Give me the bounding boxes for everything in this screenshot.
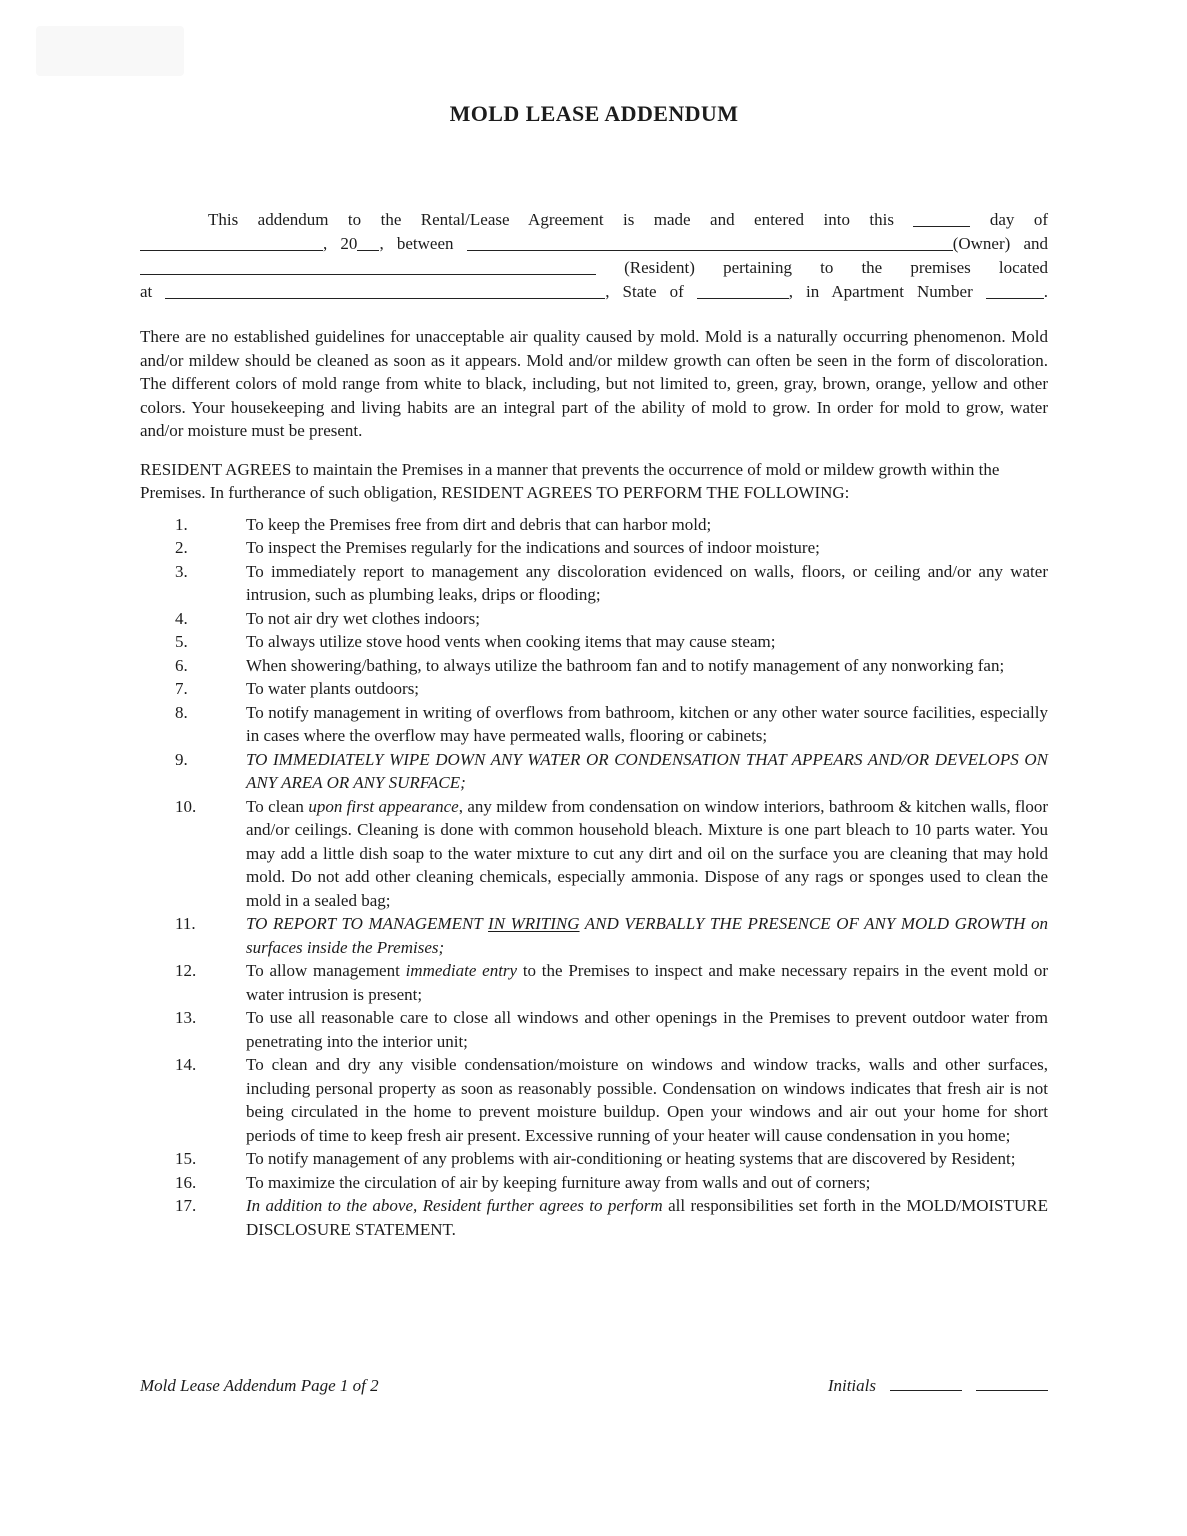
intro-line: This addendum to the Rental/Lease Agreem… — [140, 208, 1048, 232]
list-item-text: To clean upon first appearance, any mild… — [246, 795, 1048, 913]
list-item: 6. When showering/bathing, to always uti… — [140, 654, 1048, 678]
list-item-number: 17. — [175, 1194, 246, 1218]
text-segment: To immediately report to management any … — [246, 562, 1048, 605]
text-segment: , State of — [605, 282, 696, 301]
list-item: 1. To keep the Premises free from dirt a… — [140, 513, 1048, 537]
list-item: 16. To maximize the circulation of air b… — [140, 1171, 1048, 1195]
text-segment: To clean — [246, 797, 308, 816]
intro-line: , 20, between (Owner) and — [140, 232, 1048, 256]
list-item-text: When showering/bathing, to always utiliz… — [246, 654, 1048, 678]
list-item-number: 9. — [175, 748, 246, 772]
fill-in-blank — [913, 213, 970, 227]
text-segment: To allow management — [246, 961, 406, 980]
list-item-text: To notify management in writing of overf… — [246, 701, 1048, 748]
text-segment: , in Apartment Number — [789, 282, 986, 301]
list-item: 7. To water plants outdoors; — [140, 677, 1048, 701]
list-item-text: To not air dry wet clothes indoors; — [246, 607, 1048, 631]
list-item: 5. To always utilize stove hood vents wh… — [140, 630, 1048, 654]
list-item: 2. To inspect the Premises regularly for… — [140, 536, 1048, 560]
intro-line: at , State of , in Apartment Number . — [140, 280, 1048, 304]
list-item-number: 16. — [175, 1171, 246, 1195]
text-segment: (Owner) and — [953, 234, 1048, 253]
text-segment: , between — [379, 234, 466, 253]
guidelines-paragraph: There are no established guidelines for … — [140, 325, 1048, 443]
text-segment: day of — [970, 210, 1048, 229]
list-item-number: 12. — [175, 959, 246, 983]
list-item: 4. To not air dry wet clothes indoors; — [140, 607, 1048, 631]
text-segment: immediate entry — [406, 961, 518, 980]
list-item-text: To allow management immediate entry to t… — [246, 959, 1048, 1006]
list-item: 12. To allow management immediate entry … — [140, 959, 1048, 1006]
text-segment: In addition to the above, Resident furth… — [246, 1196, 663, 1215]
list-item: 8. To notify management in writing of ov… — [140, 701, 1048, 748]
text-segment: (Resident) pertaining to the premises lo… — [596, 258, 1048, 277]
list-item: 9. TO IMMEDIATELY WIPE DOWN ANY WATER OR… — [140, 748, 1048, 795]
list-item-text: TO IMMEDIATELY WIPE DOWN ANY WATER OR CO… — [246, 748, 1048, 795]
document-page: MOLD LEASE ADDENDUM This addendum to the… — [0, 0, 1187, 1536]
list-item-number: 6. — [175, 654, 246, 678]
list-item-number: 8. — [175, 701, 246, 725]
list-item-text: To immediately report to management any … — [246, 560, 1048, 607]
text-segment: To clean and dry any visible condensatio… — [246, 1055, 1048, 1145]
text-segment: , 20 — [323, 234, 357, 253]
list-item-text: To always utilize stove hood vents when … — [246, 630, 1048, 654]
text-segment: To use all reasonable care to close all … — [246, 1008, 1048, 1051]
list-item-text: To clean and dry any visible condensatio… — [246, 1053, 1048, 1147]
initials-blank-1 — [890, 1377, 962, 1391]
text-segment: upon first appearance — [308, 797, 458, 816]
list-item-text: In addition to the above, Resident furth… — [246, 1194, 1048, 1241]
list-item-text: TO REPORT TO MANAGEMENT IN WRITING AND V… — [246, 912, 1048, 959]
document-title: MOLD LEASE ADDENDUM — [140, 100, 1048, 128]
fill-in-blank — [140, 261, 596, 275]
text-segment: IN WRITING — [488, 914, 580, 933]
text-segment: TO REPORT TO MANAGEMENT — [246, 914, 488, 933]
list-item: 14. To clean and dry any visible condens… — [140, 1053, 1048, 1147]
fill-in-blank — [467, 237, 953, 251]
fill-in-blank — [697, 285, 789, 299]
list-item-number: 3. — [175, 560, 246, 584]
text-segment: To keep the Premises free from dirt and … — [246, 515, 711, 534]
list-item-number: 7. — [175, 677, 246, 701]
initials-label: Initials — [828, 1376, 876, 1396]
scan-smudge — [36, 26, 184, 76]
text-segment: To not air dry wet clothes indoors; — [246, 609, 480, 628]
list-item-text: To inspect the Premises regularly for th… — [246, 536, 1048, 560]
obligations-list: 1. To keep the Premises free from dirt a… — [140, 513, 1048, 1242]
text-segment: To maximize the circulation of air by ke… — [246, 1173, 870, 1192]
text-segment: . — [1044, 282, 1048, 301]
list-item-number: 14. — [175, 1053, 246, 1077]
list-item-text: To water plants outdoors; — [246, 677, 1048, 701]
list-item: 15. To notify management of any problems… — [140, 1147, 1048, 1171]
list-item-text: To keep the Premises free from dirt and … — [246, 513, 1048, 537]
fill-in-blank — [986, 285, 1044, 299]
intro-paragraph: This addendum to the Rental/Lease Agreem… — [140, 208, 1048, 304]
text-segment: To inspect the Premises regularly for th… — [246, 538, 820, 557]
list-item-number: 11. — [175, 912, 246, 936]
fill-in-blank — [165, 285, 605, 299]
resident-agrees-paragraph: RESIDENT AGREES to maintain the Premises… — [140, 458, 1048, 505]
text-segment: This addendum to the Rental/Lease Agreem… — [208, 210, 913, 229]
list-item-text: To maximize the circulation of air by ke… — [246, 1171, 1048, 1195]
fill-in-blank — [357, 237, 379, 251]
list-item: 11. TO REPORT TO MANAGEMENT IN WRITING A… — [140, 912, 1048, 959]
initials-blank-2 — [976, 1377, 1048, 1391]
text-segment: When showering/bathing, to always utiliz… — [246, 656, 1004, 675]
list-item-number: 4. — [175, 607, 246, 631]
list-item-number: 10. — [175, 795, 246, 819]
intro-line: (Resident) pertaining to the premises lo… — [140, 256, 1048, 280]
text-segment: at — [140, 282, 165, 301]
footer-initials: Initials — [828, 1376, 1048, 1396]
list-item: 10. To clean upon first appearance, any … — [140, 795, 1048, 913]
list-item-number: 2. — [175, 536, 246, 560]
fill-in-blank — [140, 237, 323, 251]
text-segment: To notify management of any problems wit… — [246, 1149, 1015, 1168]
text-segment: TO IMMEDIATELY WIPE DOWN ANY WATER OR CO… — [246, 750, 1048, 793]
list-item: 13. To use all reasonable care to close … — [140, 1006, 1048, 1053]
footer: Mold Lease Addendum Page 1 of 2 Initials — [140, 1376, 1048, 1396]
text-segment: To water plants outdoors; — [246, 679, 419, 698]
list-item-number: 1. — [175, 513, 246, 537]
list-item-number: 13. — [175, 1006, 246, 1030]
list-item-number: 15. — [175, 1147, 246, 1171]
list-item-text: To use all reasonable care to close all … — [246, 1006, 1048, 1053]
list-item: 3. To immediately report to management a… — [140, 560, 1048, 607]
text-segment: To notify management in writing of overf… — [246, 703, 1048, 746]
list-item-text: To notify management of any problems wit… — [246, 1147, 1048, 1171]
text-segment: To always utilize stove hood vents when … — [246, 632, 775, 651]
footer-page-label: Mold Lease Addendum Page 1 of 2 — [140, 1376, 379, 1396]
list-item-number: 5. — [175, 630, 246, 654]
list-item: 17. In addition to the above, Resident f… — [140, 1194, 1048, 1241]
